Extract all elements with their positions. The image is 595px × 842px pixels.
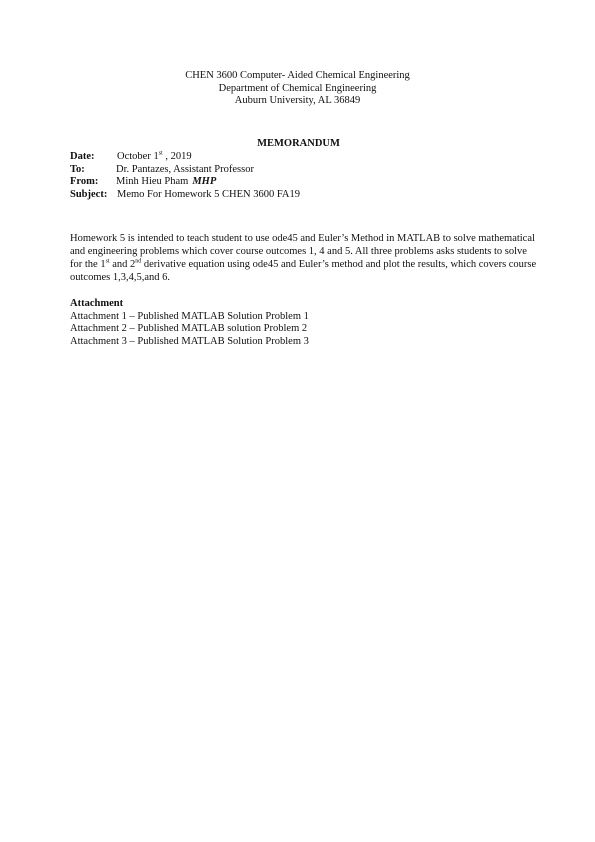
- date-row: Date: October 1st , 2019: [70, 151, 107, 164]
- to-value: Dr. Pantazes, Assistant Professor: [116, 164, 254, 177]
- letterhead: CHEN 3600 Computer- Aided Chemical Engin…: [0, 70, 595, 108]
- date-label: Date:: [70, 151, 95, 164]
- attachments-heading: Attachment: [70, 298, 309, 311]
- author-initials: MHP: [192, 176, 216, 187]
- from-row: From: Minh Hieu PhamMHP: [70, 176, 107, 189]
- memo-fields: Date: October 1st , 2019 To: Dr. Pantaze…: [70, 151, 107, 201]
- memo-title: MEMORANDUM: [0, 138, 595, 149]
- from-value: Minh Hieu PhamMHP: [116, 176, 216, 189]
- subject-row: Subject: Memo For Homework 5 CHEN 3600 F…: [70, 189, 107, 202]
- to-row: To: Dr. Pantazes, Assistant Professor: [70, 164, 107, 177]
- document-page: CHEN 3600 Computer- Aided Chemical Engin…: [0, 0, 595, 842]
- subject-label: Subject:: [70, 189, 107, 202]
- university-address: Auburn University, AL 36849: [0, 95, 595, 108]
- attachment-item: Attachment 1 – Published MATLAB Solution…: [70, 311, 309, 324]
- attachment-item: Attachment 2 – Published MATLAB solution…: [70, 323, 309, 336]
- subject-value: Memo For Homework 5 CHEN 3600 FA19: [117, 189, 300, 202]
- department-name: Department of Chemical Engineering: [0, 83, 595, 96]
- attachments-section: Attachment Attachment 1 – Published MATL…: [70, 298, 309, 348]
- from-label: From:: [70, 176, 98, 189]
- course-title: CHEN 3600 Computer- Aided Chemical Engin…: [0, 70, 595, 83]
- body-paragraph: Homework 5 is intended to teach student …: [70, 232, 540, 284]
- date-value: October 1st , 2019: [117, 151, 192, 164]
- attachment-item: Attachment 3 – Published MATLAB Solution…: [70, 336, 309, 349]
- to-label: To:: [70, 164, 85, 177]
